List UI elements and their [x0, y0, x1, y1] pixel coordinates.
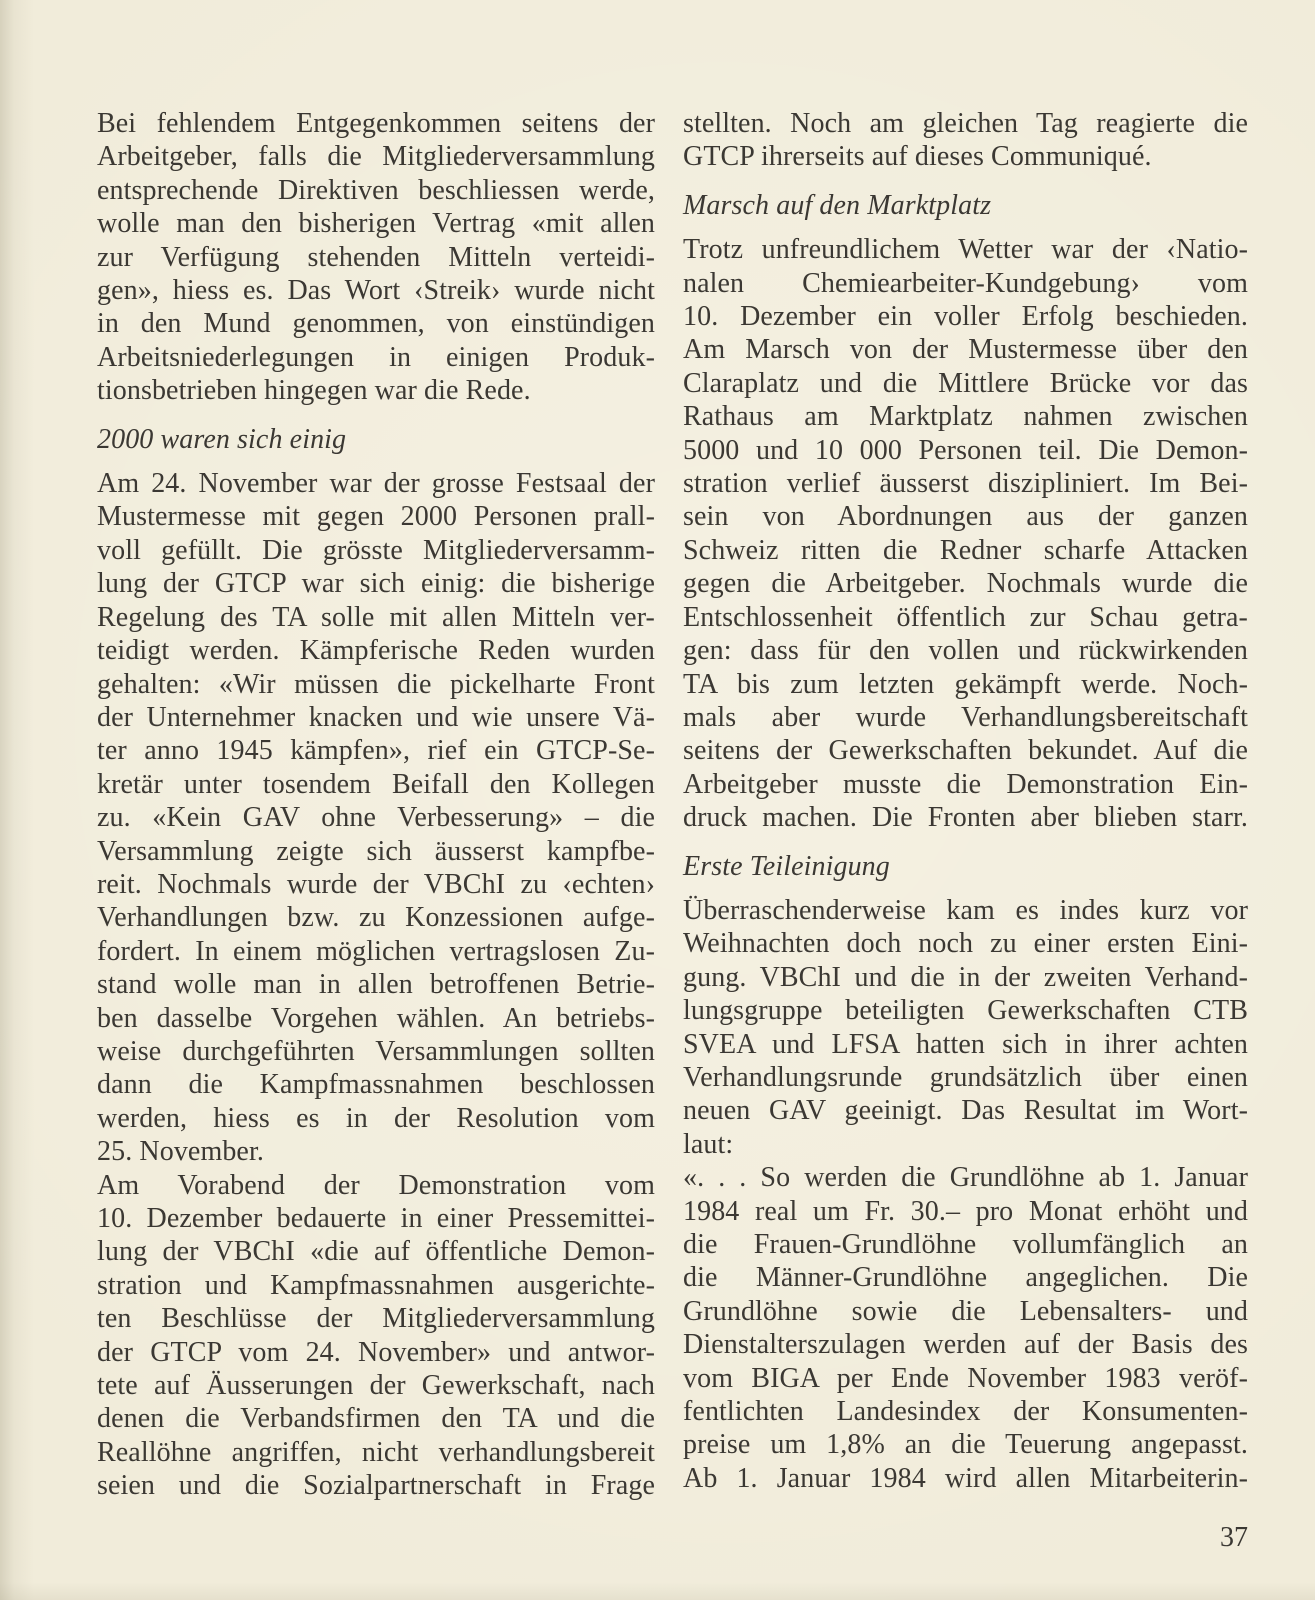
- text-line: vom BIGA per Ende November 1983 veröf-: [683, 1362, 1248, 1395]
- text-line: in den Mund genommen, von einstündigen: [97, 307, 655, 340]
- text-line: sein von Abordnungen aus der ganzen: [683, 500, 1248, 533]
- text-line: die Frauen-Grundlöhne vollumfänglich an: [683, 1228, 1248, 1261]
- text-line: zur Verfügung stehenden Mitteln verteidi…: [97, 241, 655, 274]
- text-line: 5000 und 10 000 Personen teil. Die Demon…: [683, 434, 1248, 467]
- text-line: Dienstalterszulagen werden auf der Basis…: [683, 1328, 1248, 1361]
- text-line: Am Vorabend der Demonstration vom: [97, 1169, 655, 1202]
- text-line: Versammlung zeigte sich äusserst kampfbe…: [97, 835, 655, 868]
- text-line: 1984 real um Fr. 30.– pro Monat erhöht u…: [683, 1195, 1248, 1228]
- paragraph: Bei fehlendem Entgegenkommen seitens der…: [97, 107, 655, 408]
- text-line: seitens der Gewerkschaften bekundet. Auf…: [683, 734, 1248, 767]
- text-line: der GTCP vom 24. November» und antwor-: [97, 1336, 655, 1369]
- text-line: Claraplatz und die Mittlere Brücke vor d…: [683, 367, 1248, 400]
- text-line: Überraschenderweise kam es indes kurz vo…: [683, 894, 1248, 927]
- text-line: SVEA und LFSA hatten sich in ihrer achte…: [683, 1028, 1248, 1061]
- text-line: Verhandlungen bzw. zu Konzessionen aufge…: [97, 901, 655, 934]
- text-line: Arbeitgeber musste die Demonstration Ein…: [683, 768, 1248, 801]
- paragraph: Trotz unfreundlichem Wetter war der ‹Nat…: [683, 233, 1248, 834]
- text-line: gen: dass für den vollen und rückwirkend…: [683, 634, 1248, 667]
- text-line: Arbeitsniederlegungen in einigen Produk-: [97, 341, 655, 374]
- text-line: Entschlossenheit öffentlich zur Schau ge…: [683, 601, 1248, 634]
- paragraph: Am Vorabend der Demonstration vom10. Dez…: [97, 1169, 655, 1503]
- text-line: stration und Kampfmassnahmen ausgerichte…: [97, 1269, 655, 1302]
- text-line: kretär unter tosendem Beifall den Kolleg…: [97, 768, 655, 801]
- text-line: teidigt werden. Kämpferische Reden wurde…: [97, 634, 655, 667]
- text-line: Bei fehlendem Entgegenkommen seitens der: [97, 107, 655, 140]
- section-heading: 2000 waren sich einig: [97, 423, 655, 456]
- text-line: Trotz unfreundlichem Wetter war der ‹Nat…: [683, 233, 1248, 266]
- paragraph: stellten. Noch am gleichen Tag reagierte…: [683, 107, 1248, 174]
- text-line: ter anno 1945 kämpfen», rief ein GTCP-Se…: [97, 734, 655, 767]
- text-line: TA bis zum letzten gekämpft werde. Noch-: [683, 668, 1248, 701]
- text-line: 10. Dezember ein voller Erfolg beschiede…: [683, 300, 1248, 333]
- section-heading: Marsch auf den Marktplatz: [683, 189, 1248, 222]
- text-line: ben dasselbe Vorgehen wählen. An betrieb…: [97, 1002, 655, 1035]
- paragraph: Am 24. November war der grosse Festsaal …: [97, 467, 655, 1169]
- paragraph: Überraschenderweise kam es indes kurz vo…: [683, 894, 1248, 1161]
- text-line: entsprechende Direktiven beschliessen we…: [97, 174, 655, 207]
- text-line: mals aber wurde Verhandlungsbereitschaft: [683, 701, 1248, 734]
- text-line: Weihnachten doch noch zu einer ersten Ei…: [683, 927, 1248, 960]
- text-line: weise durchgeführten Versammlungen sollt…: [97, 1035, 655, 1068]
- paragraph: «. . . So werden die Grundlöhne ab 1. Ja…: [683, 1161, 1248, 1495]
- text-line: Reallöhne angriffen, nicht verhandlungsb…: [97, 1436, 655, 1469]
- text-line: wolle man den bisherigen Vertrag «mit al…: [97, 207, 655, 240]
- text-line: reit. Nochmals wurde der VBChI zu ‹echte…: [97, 868, 655, 901]
- text-line: Schweiz ritten die Redner scharfe Attack…: [683, 534, 1248, 567]
- text-line: zu. «Kein GAV ohne Verbesserung» – die: [97, 801, 655, 834]
- text-line: Arbeitgeber, falls die Mitgliederversamm…: [97, 140, 655, 173]
- text-line: gen», hiess es. Das Wort ‹Streik› wurde …: [97, 274, 655, 307]
- text-line: dann die Kampfmassnahmen beschlossen: [97, 1068, 655, 1101]
- text-line: fentlichten Landesindex der Konsumenten-: [683, 1395, 1248, 1428]
- text-line: lungsgruppe beteiligten Gewerkschaften C…: [683, 994, 1248, 1027]
- text-line: Regelung des TA solle mit allen Mitteln …: [97, 601, 655, 634]
- left-column: Bei fehlendem Entgegenkommen seitens der…: [97, 107, 655, 1503]
- text-line: druck machen. Die Fronten aber blieben s…: [683, 801, 1248, 834]
- text-line: die Männer-Grundlöhne angeglichen. Die: [683, 1261, 1248, 1294]
- page-number: 37: [683, 1522, 1248, 1554]
- text-line: Ab 1. Januar 1984 wird allen Mitarbeiter…: [683, 1462, 1248, 1495]
- text-line: voll gefüllt. Die grösste Mitgliedervers…: [97, 534, 655, 567]
- text-line: 25. November.: [97, 1135, 655, 1168]
- text-line: ten Beschlüsse der Mitgliederversammlung: [97, 1302, 655, 1335]
- text-line: tionsbetrieben hingegen war die Rede.: [97, 374, 655, 407]
- text-line: Am 24. November war der grosse Festsaal …: [97, 467, 655, 500]
- text-line: Mustermesse mit gegen 2000 Personen pral…: [97, 500, 655, 533]
- section-heading: Erste Teileinigung: [683, 850, 1248, 883]
- text-line: denen die Verbandsfirmen den TA und die: [97, 1402, 655, 1435]
- text-line: der Unternehmer knacken und wie unsere V…: [97, 701, 655, 734]
- text-line: lung der GTCP war sich einig: die bisher…: [97, 567, 655, 600]
- text-line: laut:: [683, 1128, 1248, 1161]
- text-line: stration verlief äusserst diszipliniert.…: [683, 467, 1248, 500]
- text-line: 10. Dezember bedauerte in einer Pressemi…: [97, 1202, 655, 1235]
- text-line: neuen GAV geeinigt. Das Resultat im Wort…: [683, 1094, 1248, 1127]
- text-line: preise um 1,8% an die Teuerung angepasst…: [683, 1428, 1248, 1461]
- text-line: nalen Chemiearbeiter-Kundgebung› vom: [683, 267, 1248, 300]
- text-line: Am Marsch von der Mustermesse über den: [683, 333, 1248, 366]
- text-line: werden, hiess es in der Resolution vom: [97, 1102, 655, 1135]
- text-line: Verhandlungsrunde grundsätzlich über ein…: [683, 1061, 1248, 1094]
- text-line: tete auf Äusserungen der Gewerkschaft, n…: [97, 1369, 655, 1402]
- text-line: Grundlöhne sowie die Lebensalters- und: [683, 1295, 1248, 1328]
- text-line: Rathaus am Marktplatz nahmen zwischen: [683, 400, 1248, 433]
- text-line: lung der VBChI «die auf öffentliche Demo…: [97, 1235, 655, 1268]
- text-line: gung. VBChI und die in der zweiten Verha…: [683, 961, 1248, 994]
- text-line: «. . . So werden die Grundlöhne ab 1. Ja…: [683, 1161, 1248, 1194]
- text-line: stellten. Noch am gleichen Tag reagierte…: [683, 107, 1248, 140]
- text-line: seien und die Sozialpartnerschaft in Fra…: [97, 1469, 655, 1502]
- text-line: stand wolle man in allen betroffenen Bet…: [97, 968, 655, 1001]
- text-line: GTCP ihrerseits auf dieses Communiqué.: [683, 140, 1248, 173]
- text-line: gehalten: «Wir müssen die pickelharte Fr…: [97, 668, 655, 701]
- right-column: stellten. Noch am gleichen Tag reagierte…: [683, 107, 1248, 1495]
- text-line: gegen die Arbeitgeber. Nochmals wurde di…: [683, 567, 1248, 600]
- text-line: fordert. In einem möglichen vertragslose…: [97, 935, 655, 968]
